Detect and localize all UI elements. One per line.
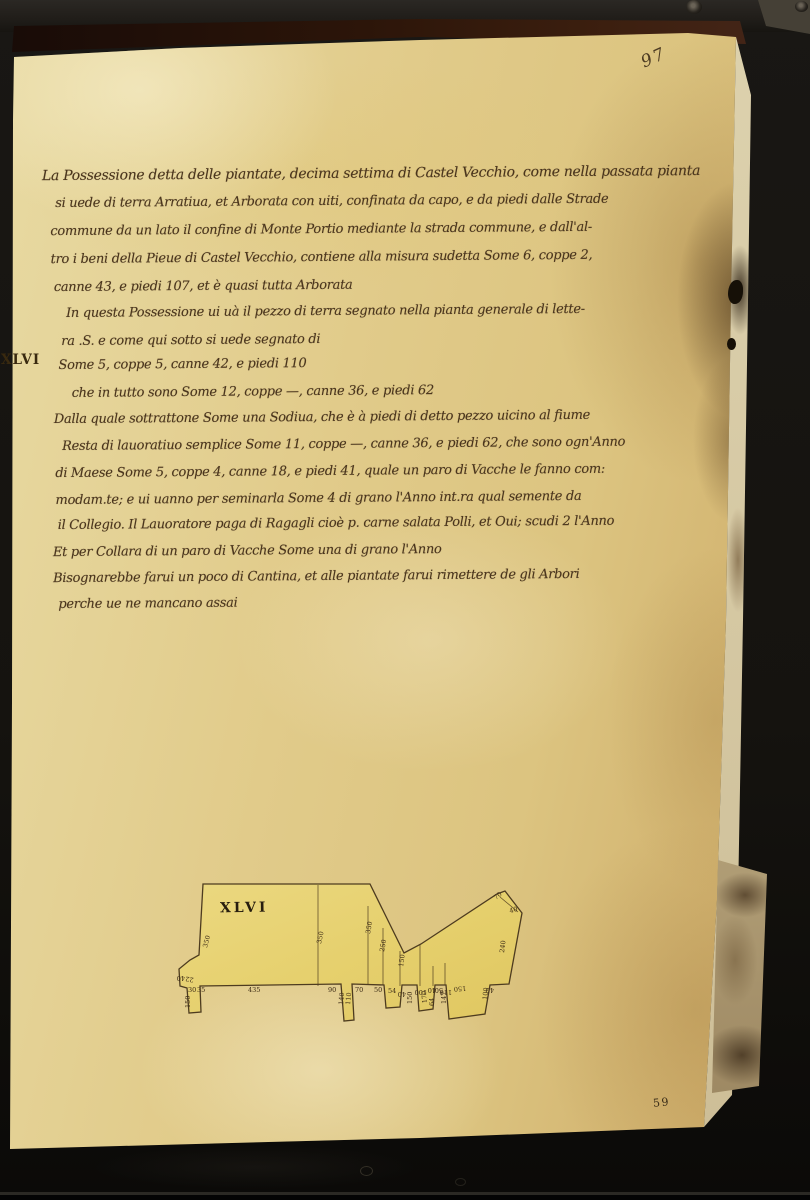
screw-hole — [360, 1166, 373, 1176]
manuscript-line: In questa Possessione ui uà il pezzo di … — [66, 302, 585, 321]
table-reflection — [40, 1138, 470, 1196]
bottom-page-number: 59 — [652, 1095, 670, 1110]
table-edge-shadow — [0, 1195, 810, 1200]
manuscript-line: il Collegio. Il Lauoratore paga di Ragag… — [58, 514, 615, 533]
manuscript-line: commune da un lato il confine di Monte P… — [50, 220, 592, 239]
manuscript-line: Bisognarebbe farui un poco di Cantina, e… — [53, 567, 579, 586]
manuscript-line: modam.te; e ui uanno per seminarla Some … — [55, 489, 581, 508]
manuscript-line: canne 43, e piedi 107, et è quasi tutta … — [54, 278, 353, 295]
manuscript-line: di Maese Some 5, coppe 4, canne 18, e pi… — [55, 462, 605, 481]
manuscript-text-block: La Possessione detta delle piantate, dec… — [0, 0, 810, 700]
manuscript-line: ra .S. e come qui sotto si uede segnato … — [61, 332, 320, 349]
manuscript-line: Some 5, coppe 5, canne 42, e piedi 110 — [58, 356, 306, 373]
manuscript-photo: 97 XLVI 59 La Possessione detta delle pi… — [0, 0, 810, 1200]
manuscript-line: Dalla quale sottrattone Some una Sodiua,… — [54, 408, 590, 427]
manuscript-line: perche ue ne mancano assai — [58, 596, 237, 612]
manuscript-line: Et per Collara di un paro di Vacche Some… — [53, 542, 442, 560]
screw-hole — [455, 1178, 466, 1186]
manuscript-line: si uede di terra Arratiua, et Arborata c… — [55, 192, 608, 211]
manuscript-line: La Possessione detta delle piantate, dec… — [42, 163, 700, 184]
manuscript-line: Resta di lauoratiuo semplice Some 11, co… — [62, 435, 625, 454]
manuscript-line: che in tutto sono Some 12, coppe —, cann… — [72, 383, 434, 401]
plot-map-label: XLVI — [220, 900, 269, 917]
manuscript-line: tro i beni della Pieue di Castel Vecchio… — [51, 248, 593, 267]
